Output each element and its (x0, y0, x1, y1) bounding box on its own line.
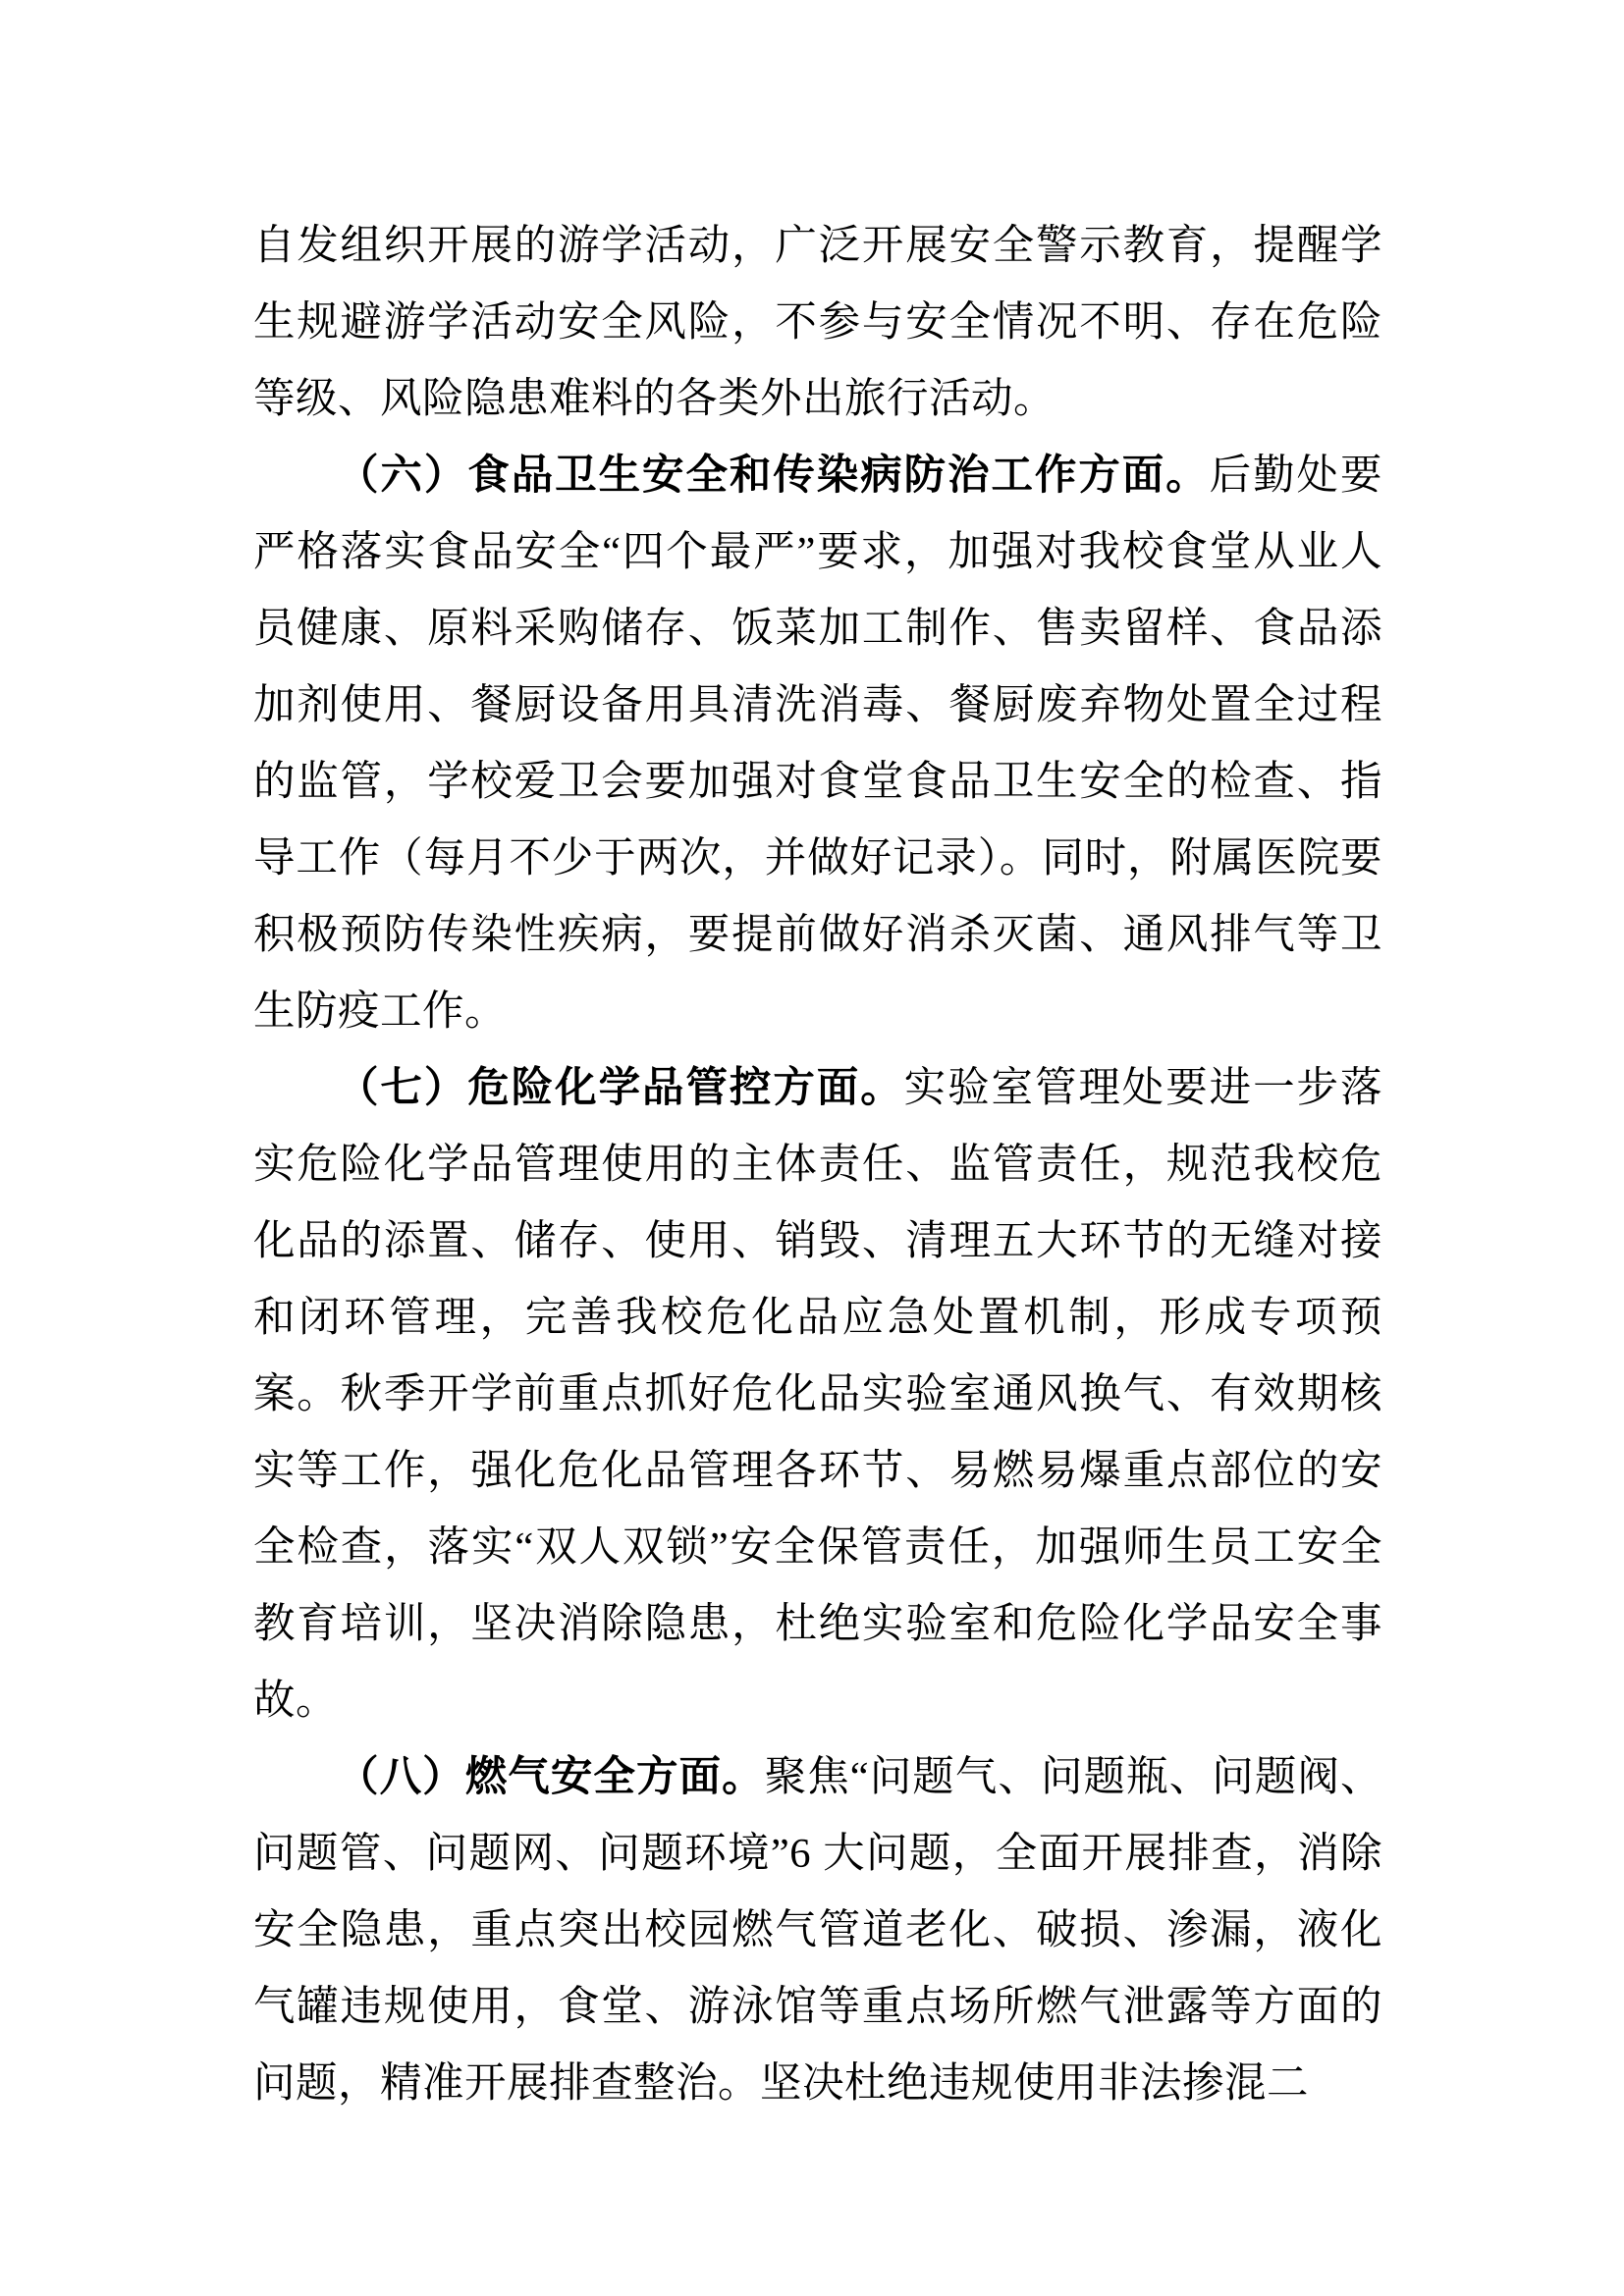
paragraph-text: 后勤处要严格落实食品安全“四个最严”要求，加强对我校食堂从业人员健康、原料采购储… (253, 453, 1382, 1035)
paragraph-text: 实验室管理处要进一步落实危险化学品管理使用的主体责任、监管责任，规范我校危化品的… (253, 1065, 1382, 1724)
document-page: 自发组织开展的游学活动，广泛开展安全警示教育，提醒学生规避游学活动安全风险，不参… (0, 0, 1624, 2296)
section-heading-7: （七）危险化学品管控方面。 (337, 1065, 904, 1111)
section-heading-8: （八）燃气安全方面。 (337, 1754, 765, 1800)
section-heading-6: （六）食品卫生安全和传染病防治工作方面。 (337, 453, 1210, 499)
paragraph-continuation: 自发组织开展的游学活动，广泛开展安全警示教育，提醒学生规避游学活动安全风险，不参… (253, 208, 1382, 438)
paragraph-text: 自发组织开展的游学活动，广泛开展安全警示教育，提醒学生规避游学活动安全风险，不参… (253, 223, 1382, 422)
paragraph-section-7: （七）危险化学品管控方面。实验室管理处要进一步落实危险化学品管理使用的主体责任、… (253, 1050, 1382, 1739)
paragraph-text: 聚焦“问题气、问题瓶、问题阀、问题管、问题网、问题环境”6 大问题，全面开展排查… (253, 1754, 1382, 2107)
paragraph-section-6: （六）食品卫生安全和传染病防治工作方面。后勤处要严格落实食品安全“四个最严”要求… (253, 438, 1382, 1050)
document-body: 自发组织开展的游学活动，广泛开展安全警示教育，提醒学生规避游学活动安全风险，不参… (253, 208, 1382, 2122)
paragraph-section-8: （八）燃气安全方面。聚焦“问题气、问题瓶、问题阀、问题管、问题网、问题环境”6 … (253, 1739, 1382, 2122)
